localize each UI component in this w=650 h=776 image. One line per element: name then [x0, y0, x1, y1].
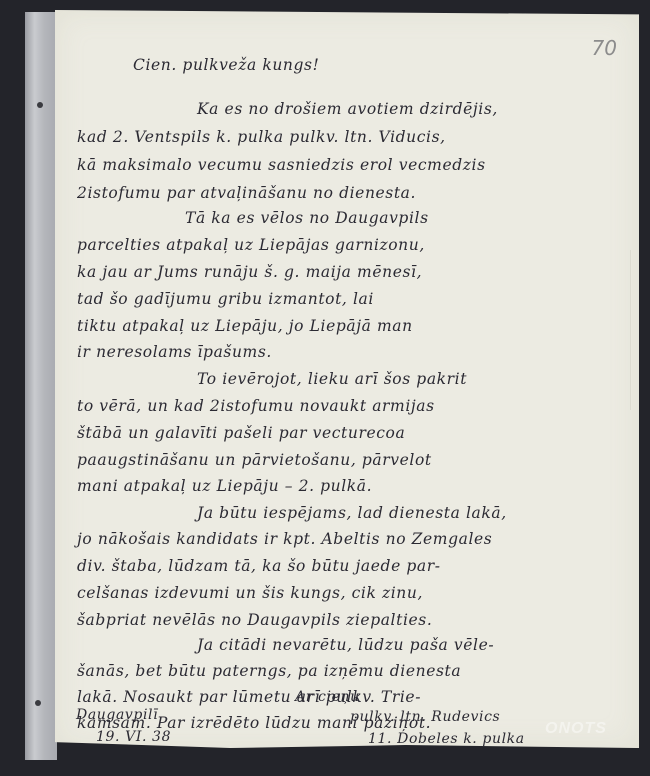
letter-page: 70 Cien. pulkveža kungs! Ka es no drošie…	[55, 10, 639, 748]
letter-line: tiktu atpakaļ uz Liepāju, jo Liepājā man	[77, 319, 413, 335]
letter-line: jo nākošais kandidats ir kpt. Abeltis no…	[77, 532, 492, 548]
letter-line: celšanas izdevumi un šis kungs, cik zinu…	[77, 586, 423, 602]
letter-line: kamsam. Par izrēdēto lūdzu mani paziņot.	[77, 716, 431, 732]
handwritten-letter: Cien. pulkveža kungs! Ka es no drošiem a…	[55, 10, 639, 748]
letter-line: Ja būtu iespējams, lad dienesta lakā,	[197, 506, 507, 522]
letter-line: tad šo gadījumu gribu izmantot, lai	[77, 292, 374, 308]
letter-line: Ka es no drošiem avotiem dzirdējis,	[197, 102, 498, 118]
letter-line: lakā. Nosaukt par lūmetu arī pulkv. Trie…	[77, 690, 421, 706]
letter-line: kad 2. Ventspils k. pulka pulkv. ltn. Vi…	[77, 130, 446, 146]
letter-line: šabpriat nevēlās no Daugavpils ziepaltie…	[77, 613, 432, 629]
binding-hole	[37, 102, 43, 108]
letter-line: to vērā, un kad 2istofumu novaukt armija…	[77, 399, 435, 415]
letter-line: štābā un galavīti pašeli par vecturecoa	[77, 426, 405, 442]
letter-line: 2istofumu par atvaļināšanu no dienesta.	[77, 186, 416, 202]
salutation: Cien. pulkveža kungs!	[133, 58, 319, 74]
binding-strip	[25, 12, 57, 760]
letter-line: ka jau ar Jums runāju š. g. maija mēnesī…	[77, 265, 422, 281]
letter-line: paaugstināšanu un pārvietošanu, pārvelot	[77, 453, 432, 469]
letter-line: div. štaba, lūdzam tā, ka šo būtu jaede …	[77, 559, 441, 575]
letter-line: Tā ka es vēlos no Daugavpils	[185, 211, 429, 227]
letter-line: kā maksimalo vecumu sasniedzis erol vecm…	[77, 158, 486, 174]
letter-line: ir neresolams īpašums.	[77, 345, 272, 361]
binding-hole	[35, 700, 41, 706]
document-viewer-frame: 70 Cien. pulkveža kungs! Ka es no drošie…	[0, 0, 650, 776]
letter-line: šanās, bet būtu paterngs, pa izņēmu dien…	[77, 664, 461, 680]
letter-line: To ievērojot, lieku arī šos pakrit	[197, 372, 467, 388]
letter-line: parcelties atpakaļ uz Liepājas garnizonu…	[77, 238, 425, 254]
letter-line: Ja citādi nevarētu, lūdzu paša vēle-	[197, 638, 494, 654]
letter-line: mani atpakaļ uz Liepāju – 2. pulkā.	[77, 479, 372, 495]
